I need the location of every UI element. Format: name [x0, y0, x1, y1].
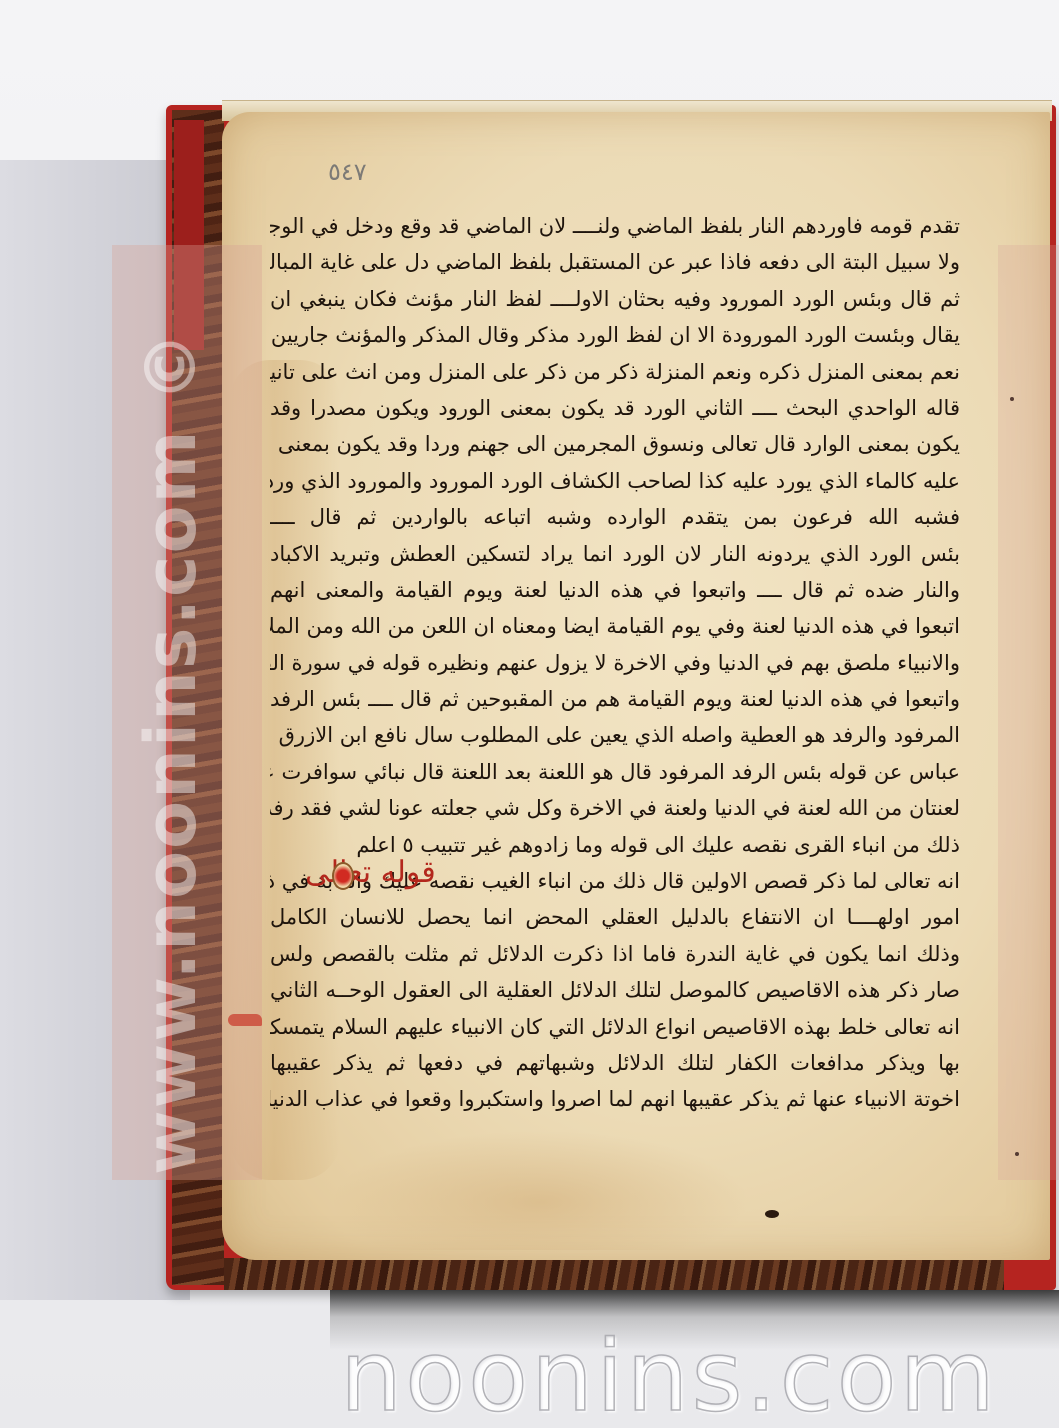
- text-line: امور اولهــــا ان الانتفاع بالدليل العقل…: [270, 899, 960, 935]
- watermark-bottom-text: noonins.com: [340, 1320, 998, 1428]
- verse-end-marker-icon: [332, 862, 354, 890]
- folio-number: ٥٤٧: [328, 158, 367, 186]
- text-line: صار ذكر هذه الاقاصيص كالموصل لتلك الدلائ…: [270, 972, 960, 1008]
- text-line: ثم قال وبئس الورد المورود وفيه بحثان الا…: [270, 281, 960, 317]
- text-line: المرفود والرفد هو العطية واصله الذي يعين…: [270, 717, 960, 753]
- text-line: اتبعوا في هذه الدنيا لعنة وفي يوم القيام…: [270, 608, 960, 644]
- text-line: ولا سبيل البتة الى دفعه فاذا عبر عن المس…: [270, 244, 960, 280]
- text-line: انه تعالى خلط بهذه الاقاصيص انواع الدلائ…: [270, 1009, 960, 1045]
- text-line: عليه كالماء الذي يورد عليه كذا لصاحب الك…: [270, 463, 960, 499]
- bottom-board-marbled-edge: [224, 1258, 1004, 1290]
- text-line: لعنتان من الله لعنة في الدنيا ولعنة في ا…: [270, 790, 960, 826]
- text-line: يكون بمعنى الوارد قال تعالى ونسوق المجرم…: [270, 426, 960, 462]
- text-line: وذلك انما يكون في غاية الندرة فاما اذا ذ…: [270, 936, 960, 972]
- water-stain-bottom: [330, 1130, 750, 1250]
- text-line: بها ويذكر مدافعات الكفار لتلك الدلائل وش…: [270, 1045, 960, 1081]
- watermark-band-right: [998, 245, 1059, 1180]
- text-line: عباس عن قوله بئس الرفد المرفود قال هو ال…: [270, 754, 960, 790]
- text-line: والنار ضده ثم قال ــــ واتبعوا في هذه ال…: [270, 572, 960, 608]
- rubric-heading: قوله تعالى: [305, 855, 436, 890]
- text-line: تقدم قومه فاوردهم النار بلفظ الماضي ولنـ…: [270, 208, 960, 244]
- text-line: بئس الورد الذي يردونه النار لان الورد ان…: [270, 536, 960, 572]
- text-line: نعم بمعنى المنزل ذكره ونعم المنزلة ذكر م…: [270, 354, 960, 390]
- manuscript-text-block: تقدم قومه فاوردهم النار بلفظ الماضي ولنـ…: [270, 208, 960, 1118]
- ink-blot: [765, 1210, 779, 1218]
- watermark-vertical-text: www.noonins.com ©: [130, 330, 212, 1175]
- text-line: والانبياء ملصق بهم في الدنيا وفي الاخرة …: [270, 645, 960, 681]
- text-line: واتبعوا في هذه الدنيا لعنة ويوم القيامة …: [270, 681, 960, 717]
- text-line: قاله الواحدي البحث ــــ الثاني الورد قد …: [270, 390, 960, 426]
- text-line: فشبه الله فرعون بمن يتقدم الوارده وشبه ا…: [270, 499, 960, 535]
- text-line: يقال وبئست الورد المورودة الا ان لفظ الو…: [270, 317, 960, 353]
- text-line: اخوتة الانبياء عنها ثم يذكر عقيبها انهم …: [270, 1081, 960, 1117]
